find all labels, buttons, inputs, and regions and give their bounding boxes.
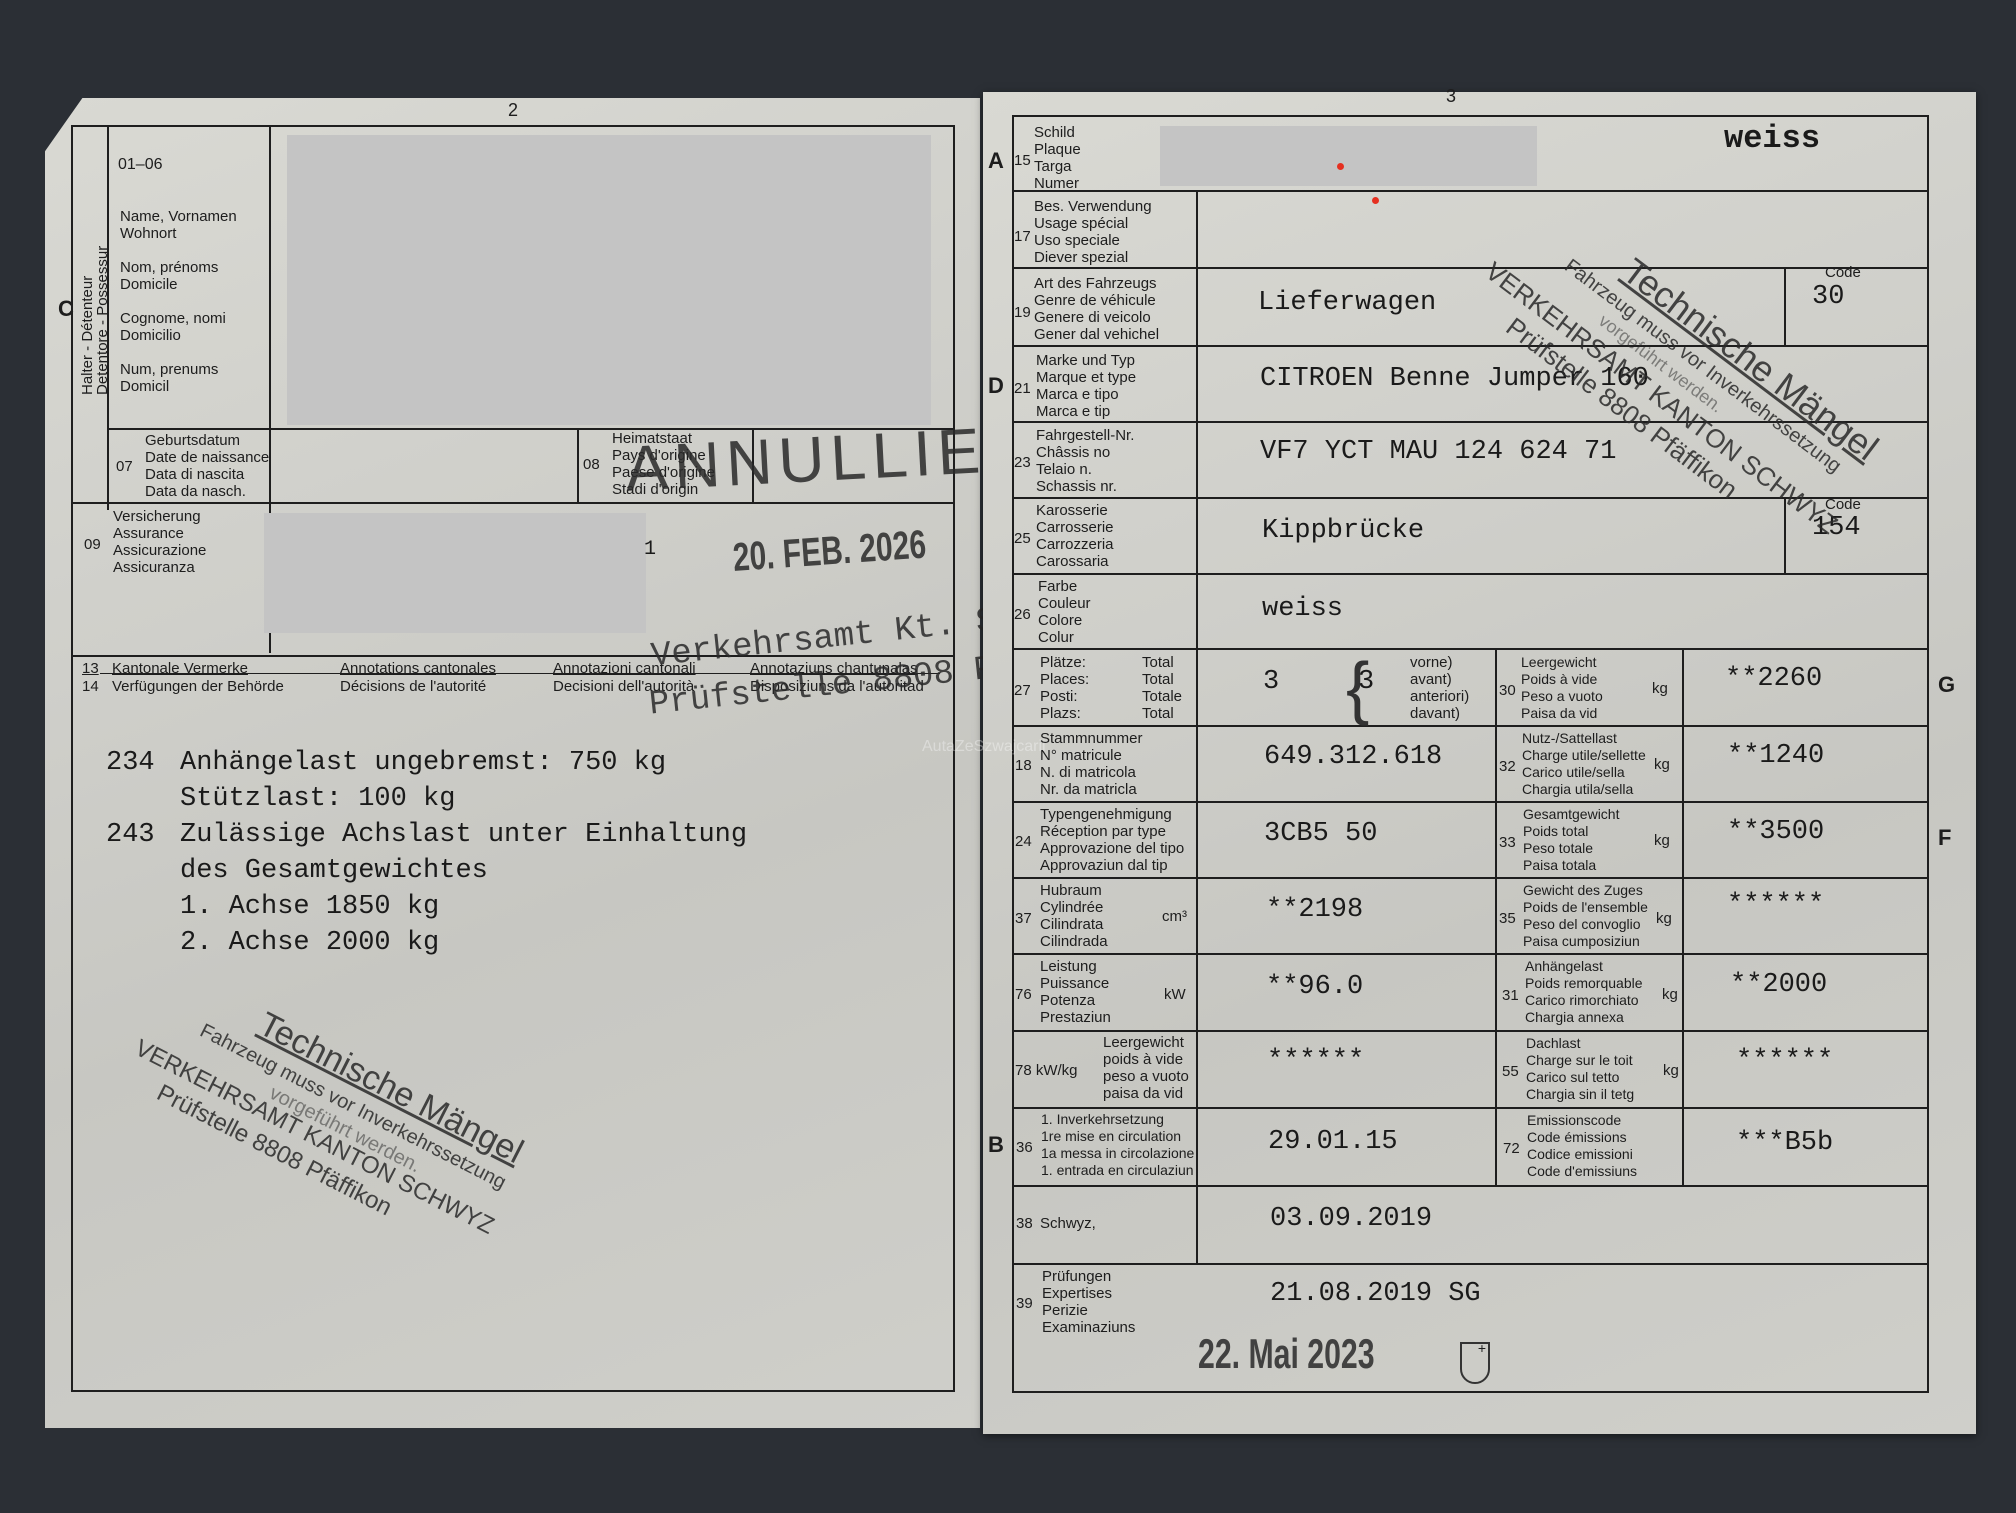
field-37-code: 37 [1015, 910, 1032, 927]
field-19-code: 19 [1014, 304, 1031, 321]
field-55-roof-load: ****** [1736, 1046, 1833, 1076]
field-36-code: 36 [1016, 1139, 1033, 1156]
field-01-06-code: 01–06 [118, 156, 163, 173]
field-72-code: 72 [1503, 1140, 1520, 1157]
field-76-code: 76 [1015, 986, 1032, 1003]
field-36-first-registration: 29.01.15 [1268, 1127, 1398, 1157]
field-25-body: Kippbrücke [1262, 516, 1424, 546]
annotation-axle-load: Zulässige Achslast unter Einhaltung [180, 820, 747, 850]
field-24-code: 24 [1015, 833, 1032, 850]
field-13-label-fr: Annotations cantonales [340, 660, 496, 677]
side-letter-d: D [988, 373, 1004, 399]
field-32-payload: **1240 [1727, 741, 1824, 771]
field-23-code: 23 [1014, 454, 1031, 471]
field-33-total-weight: **3500 [1727, 817, 1824, 847]
field-35-train-weight: ****** [1727, 890, 1824, 920]
field-39-code: 39 [1016, 1295, 1033, 1312]
field-27-code: 27 [1014, 682, 1031, 699]
annotation-support-load: Stützlast: 100 kg [180, 784, 455, 814]
red-dot-marker [1337, 163, 1344, 170]
field-14-label-fr: Décisions de l'autorité [340, 678, 486, 695]
field-09-code: 09 [84, 536, 101, 553]
side-letter-f: F [1938, 825, 1951, 851]
redacted-holder-name [287, 135, 931, 425]
field-17-code: 17 [1014, 228, 1031, 245]
page-number-right: 3 [1446, 86, 1456, 107]
field-33-code: 33 [1499, 834, 1516, 851]
field-37-displacement: **2198 [1266, 895, 1363, 925]
field-18-base-number: 649.312.618 [1264, 742, 1442, 772]
field-31-trailer-load: **2000 [1730, 970, 1827, 1000]
field-08-code: 08 [583, 456, 600, 473]
field-26-code: 26 [1014, 606, 1031, 623]
page-number-left: 2 [508, 100, 518, 121]
redacted-insurance [264, 513, 646, 633]
field-38-code: 38 [1016, 1215, 1033, 1232]
field-14-code: 14 [82, 678, 99, 695]
field-19-code-label: Code [1825, 264, 1861, 281]
field-23-vin: VF7 YCT MAU 124 624 71 [1260, 437, 1616, 467]
field-31-code: 31 [1502, 987, 1519, 1004]
annotation-axle-2: 2. Achse 2000 kg [180, 928, 439, 958]
field-55-code: 55 [1502, 1063, 1519, 1080]
field-39-inspection: 21.08.2019 SG [1270, 1279, 1481, 1309]
section-letter-c: C [58, 296, 74, 322]
field-72-emission-code: ***B5b [1736, 1128, 1833, 1158]
watermark: AutaZeSzwajcarii [922, 738, 1046, 756]
field-09-trailing: 1 [644, 538, 656, 561]
field-30-code: 30 [1499, 682, 1516, 699]
field-19-code-value: 30 [1812, 282, 1844, 312]
field-25-code: 25 [1014, 530, 1031, 547]
redacted-plate [1160, 126, 1537, 186]
field-27-seats-front: 3 [1358, 667, 1374, 697]
field-76-power: **96.0 [1266, 972, 1363, 1002]
schwyz-shield-icon: + [1460, 1342, 1490, 1384]
field-27-seats-total: 3 [1263, 667, 1279, 697]
field-38-issue-date: 03.09.2019 [1270, 1204, 1432, 1234]
field-14-label-de: Verfügungen der Behörde [112, 678, 284, 695]
holder-vertical-label-2: Detentore - Possessur [95, 246, 111, 395]
side-letter-a: A [988, 148, 1004, 174]
field-32-code: 32 [1499, 758, 1516, 775]
red-dot-marker [1372, 197, 1379, 204]
annotation-axle-1: 1. Achse 1850 kg [180, 892, 439, 922]
field-26-color: weiss [1262, 594, 1343, 624]
field-78-power-weight: ****** [1267, 1046, 1364, 1076]
field-18-code: 18 [1015, 757, 1032, 774]
field-15-code: 15 [1014, 152, 1031, 169]
side-letter-g: G [1938, 672, 1955, 698]
field-30-empty-weight: **2260 [1725, 664, 1822, 694]
field-19-vehicle-type: Lieferwagen [1258, 288, 1436, 318]
side-letter-b: B [988, 1132, 1004, 1158]
field-07-code: 07 [116, 458, 133, 475]
field-35-code: 35 [1499, 910, 1516, 927]
field-13-label-de: Kantonale Vermerke [112, 660, 248, 677]
field-78-code: 78 kW/kg [1015, 1062, 1078, 1079]
field-24-type-approval: 3CB5 50 [1264, 819, 1377, 849]
field-13-code: 13 [82, 660, 99, 677]
field-21-code: 21 [1014, 380, 1031, 397]
stamp-inspection-date: 22. Mai 2023 [1198, 1330, 1375, 1378]
field-15-color: weiss [1724, 120, 1820, 157]
annotation-trailer-load: Anhängelast ungebremst: 750 kg [180, 748, 666, 778]
field-38-label: Schwyz, [1040, 1215, 1096, 1232]
